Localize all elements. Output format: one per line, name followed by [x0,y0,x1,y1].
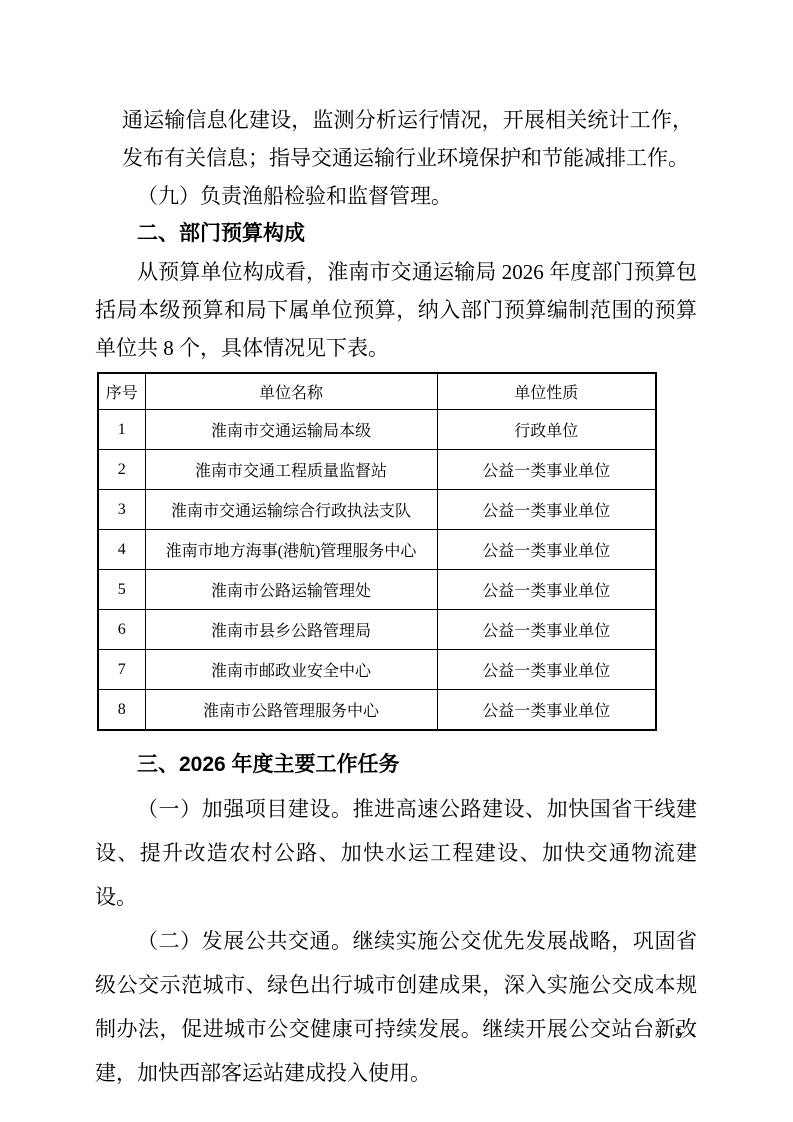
section2-heading: 二、部门预算构成 [95,215,697,253]
cell-unit-type: 公益一类事业单位 [437,450,656,490]
budget-units-table: 序号 单位名称 单位性质 1 淮南市交通运输局本级 行政单位 2 淮南市交通工程… [97,372,657,731]
cell-unit-name: 淮南市邮政业安全中心 [145,650,437,690]
cell-index: 3 [98,490,145,530]
cell-unit-type: 公益一类事业单位 [437,570,656,610]
cell-unit-type: 行政单位 [437,410,656,450]
cell-unit-name: 淮南市公路管理服务中心 [145,690,437,731]
table-row: 7 淮南市邮政业安全中心 公益一类事业单位 [98,650,656,690]
cell-unit-name: 淮南市县乡公路管理局 [145,610,437,650]
cell-index: 7 [98,650,145,690]
cell-index: 4 [98,530,145,570]
section2-paragraph: 从预算单位构成看，淮南市交通运输局 2026 年度部门预算包括局本级预算和局下属… [95,253,697,367]
cell-unit-name: 淮南市交通工程质量监督站 [145,450,437,490]
header-unit-type: 单位性质 [437,373,656,410]
duty-item-nine: （九）负责渔船检验和监督管理。 [95,177,697,215]
carryover-paragraph: 通运输信息化建设，监测分析运行情况，开展相关统计工作，发布有关信息；指导交通运输… [122,101,693,177]
table-row: 3 淮南市交通运输综合行政执法支队 公益一类事业单位 [98,490,656,530]
cell-index: 1 [98,410,145,450]
page-number: - 5 - [662,1026,697,1043]
cell-unit-name: 淮南市交通运输综合行政执法支队 [145,490,437,530]
cell-unit-type: 公益一类事业单位 [437,610,656,650]
table-row: 8 淮南市公路管理服务中心 公益一类事业单位 [98,690,656,731]
header-unit-name: 单位名称 [145,373,437,410]
cell-unit-name: 淮南市交通运输局本级 [145,410,437,450]
table-row: 5 淮南市公路运输管理处 公益一类事业单位 [98,570,656,610]
section3-heading: 三、2026 年度主要工作任务 [95,743,697,787]
table-row: 4 淮南市地方海事(港航)管理服务中心 公益一类事业单位 [98,530,656,570]
cell-index: 8 [98,690,145,731]
table-header-row: 序号 单位名称 单位性质 [98,373,656,410]
table-row: 2 淮南市交通工程质量监督站 公益一类事业单位 [98,450,656,490]
table-row: 6 淮南市县乡公路管理局 公益一类事业单位 [98,610,656,650]
task-paragraph-1: （一）加强项目建设。推进高速公路建设、加快国省干线建设、提升改造农村公路、加快水… [95,787,697,919]
cell-unit-name: 淮南市公路运输管理处 [145,570,437,610]
cell-unit-name: 淮南市地方海事(港航)管理服务中心 [145,530,437,570]
cell-unit-type: 公益一类事业单位 [437,650,656,690]
cell-index: 5 [98,570,145,610]
cell-unit-type: 公益一类事业单位 [437,490,656,530]
header-index: 序号 [98,373,145,410]
cell-index: 6 [98,610,145,650]
task-paragraph-2: （二）发展公共交通。继续实施公交优先发展战略，巩固省级公交示范城市、绿色出行城市… [95,919,697,1095]
cell-index: 2 [98,450,145,490]
page-content: 通运输信息化建设，监测分析运行情况，开展相关统计工作，发布有关信息；指导交通运输… [95,101,697,1095]
document-page: 通运输信息化建设，监测分析运行情况，开展相关统计工作，发布有关信息；指导交通运输… [0,0,793,1122]
table-row: 1 淮南市交通运输局本级 行政单位 [98,410,656,450]
cell-unit-type: 公益一类事业单位 [437,530,656,570]
cell-unit-type: 公益一类事业单位 [437,690,656,731]
